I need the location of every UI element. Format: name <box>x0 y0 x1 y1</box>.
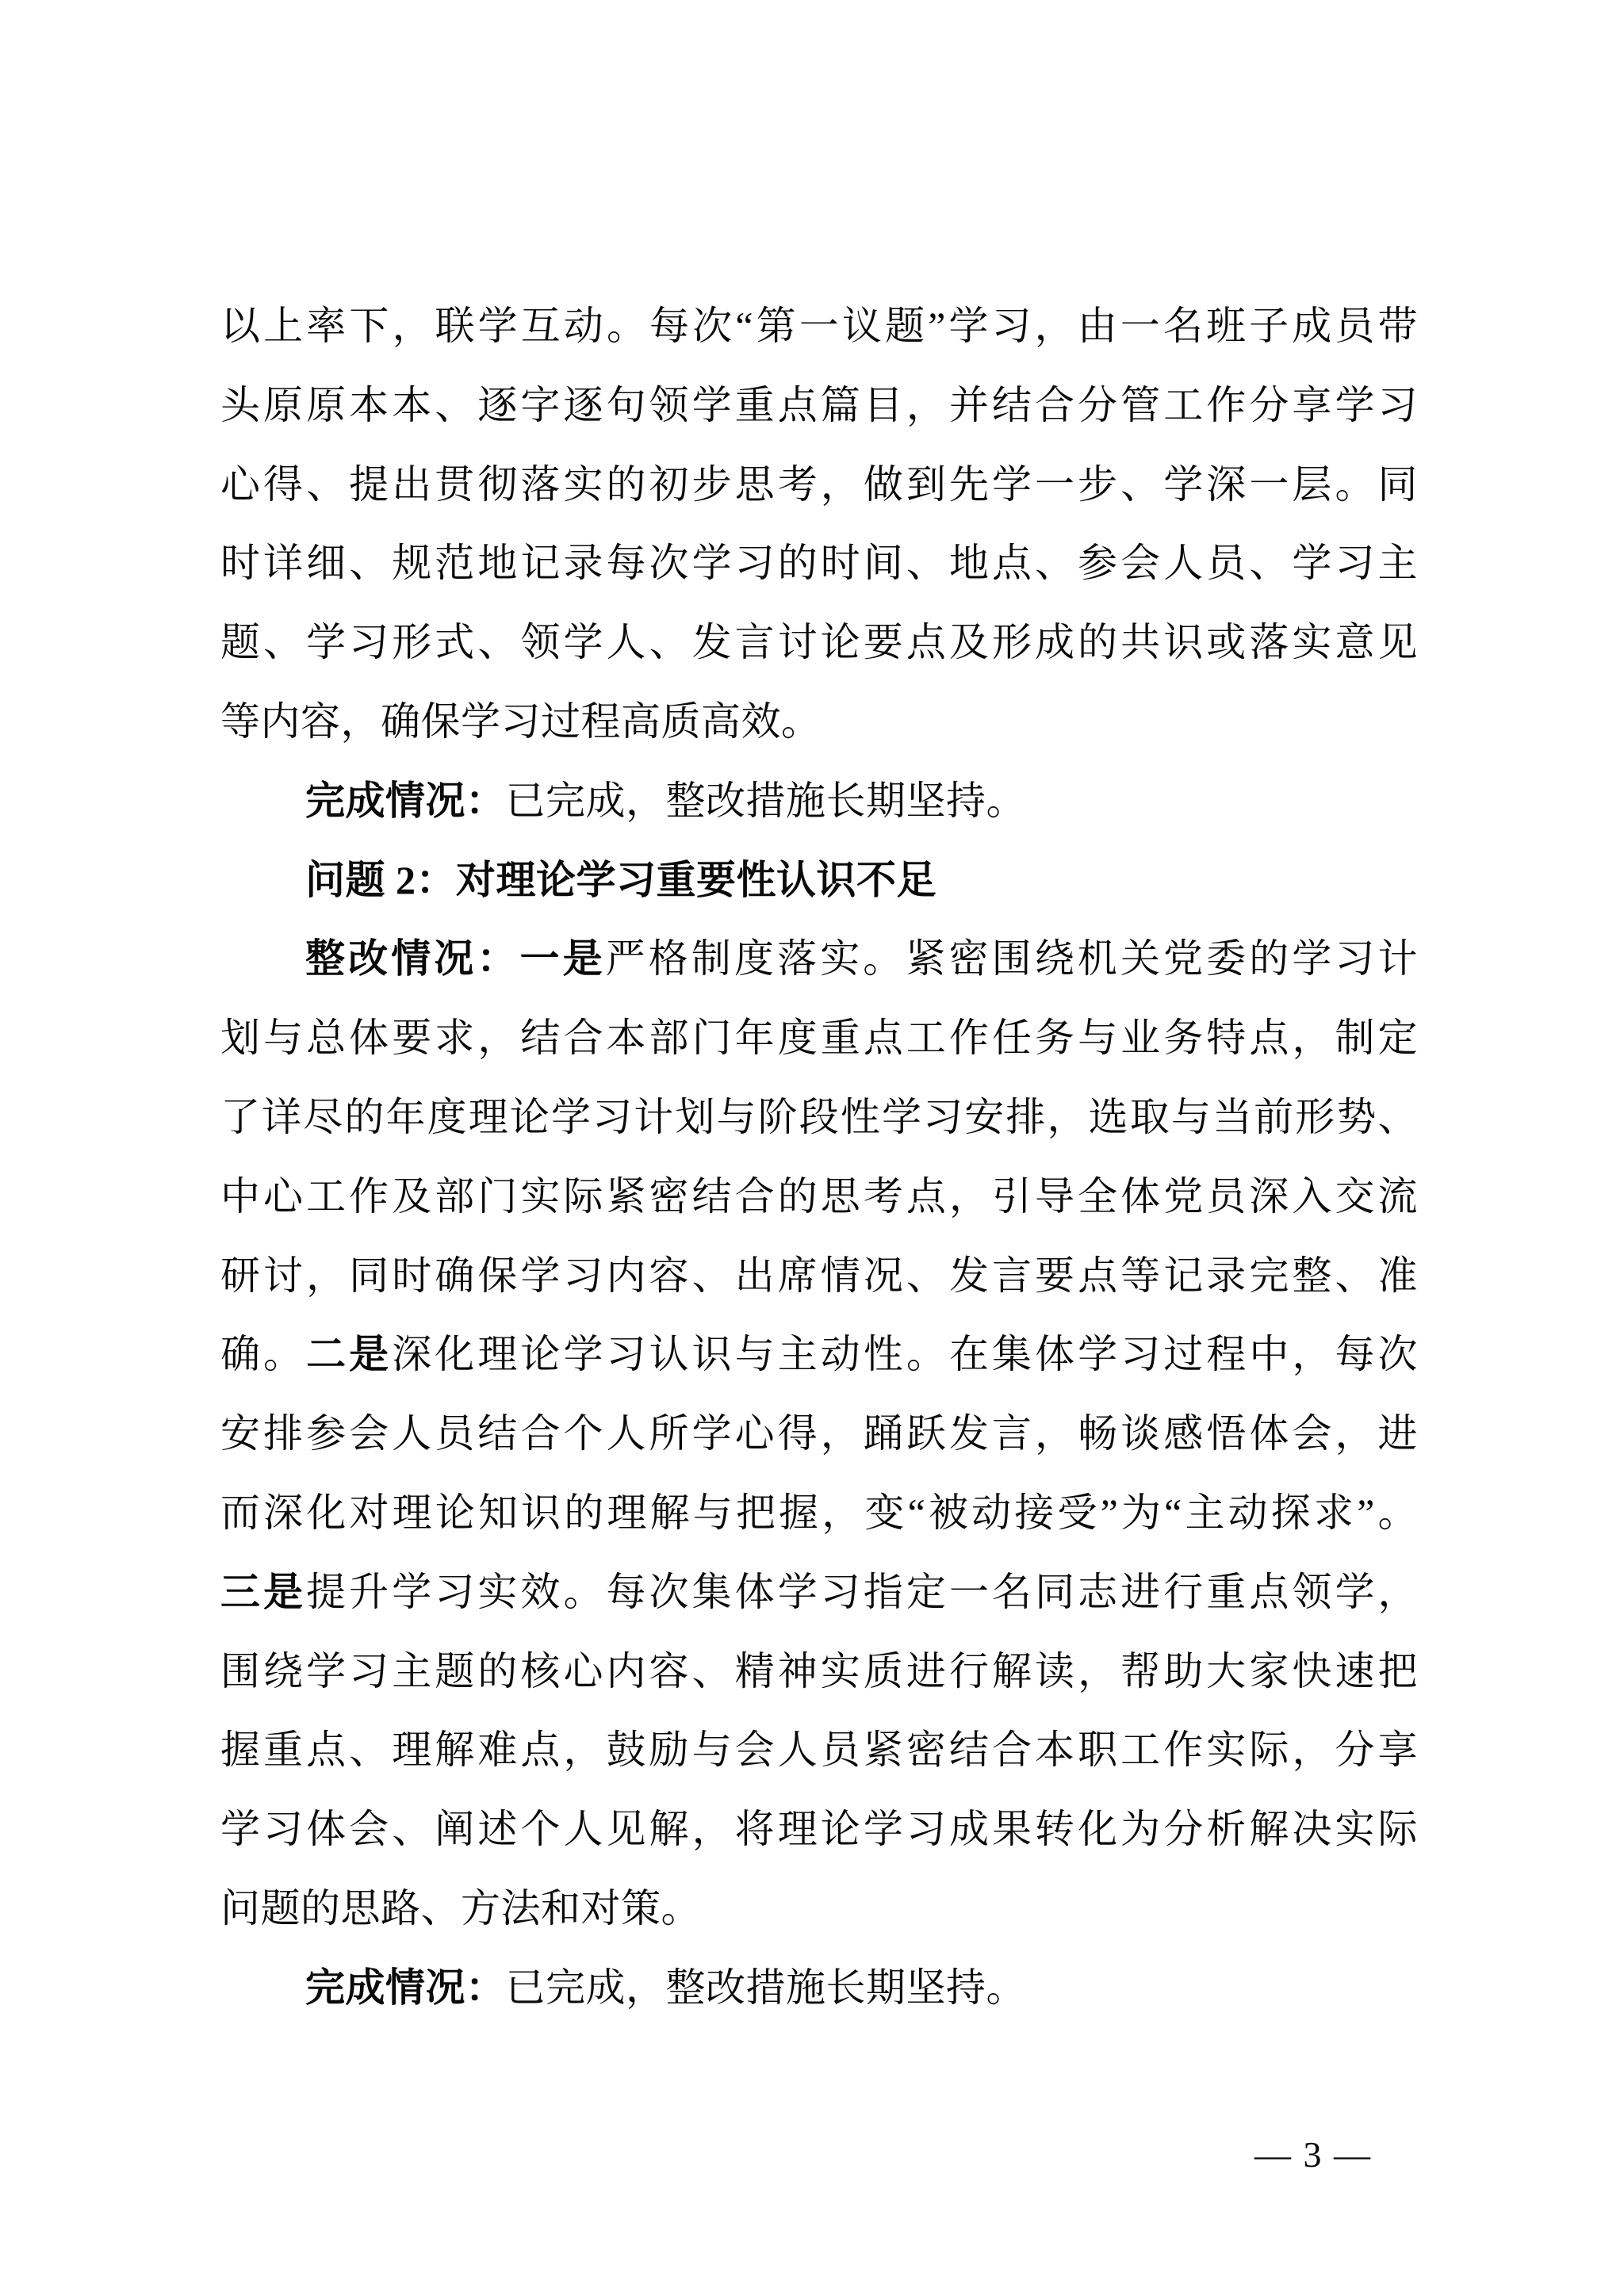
text-line: 整改情况：一是严格制度落实。紧密围绕机关党委的学习计 <box>220 920 1418 999</box>
text-segment: 深化理论学习认识与主动性。在集体学习过程中，每次 <box>392 1332 1418 1376</box>
text-line: 围绕学习主题的核心内容、精神实质进行解读，帮助大家快速把 <box>220 1632 1418 1712</box>
text-line: 划与总体要求，结合本部门年度重点工作任务与业务特点，制定 <box>220 999 1418 1078</box>
text-line: 中心工作及部门实际紧密结合的思考点，引导全体党员深入交流 <box>220 1158 1418 1237</box>
text-line: 问题 2：对理论学习重要性认识不足 <box>220 841 1418 920</box>
text-segment: 提升学习实效。每次集体学习指定一名同志进行重点领学， <box>306 1570 1418 1614</box>
text-segment: 划与总体要求，结合本部门年度重点工作任务与业务特点，制定 <box>220 1016 1418 1060</box>
text-segment: 时详细、规范地记录每次学习的时间、地点、参会人员、学习主 <box>220 541 1418 585</box>
text-segment: 握重点、理解难点，鼓励与会人员紧密结合本职工作实际，分享 <box>220 1728 1418 1772</box>
text-line: 心得、提出贯彻落实的初步思考，做到先学一步、学深一层。同 <box>220 446 1418 525</box>
text-line: 等内容，确保学习过程高质高效。 <box>220 683 1418 762</box>
text-line: 学习体会、阐述个人见解，将理论学习成果转化为分析解决实际 <box>220 1790 1418 1869</box>
bold-text-segment: 完成情况： <box>305 779 506 823</box>
bold-text-segment: 一是 <box>520 936 606 981</box>
text-line: 以上率下，联学互动。每次“第一议题”学习，由一名班子成员带 <box>220 287 1418 366</box>
text-line: 完成情况：已完成，整改措施长期坚持。 <box>220 762 1418 841</box>
text-line: 而深化对理论知识的理解与把握，变“被动接受”为“主动探求”。 <box>220 1474 1418 1553</box>
text-line: 问题的思路、方法和对策。 <box>220 1869 1418 1949</box>
text-line: 研讨，同时确保学习内容、出席情况、发言要点等记录完整、准 <box>220 1237 1418 1316</box>
text-segment: 题、学习形式、领学人、发言讨论要点及形成的共识或落实意见 <box>220 620 1418 664</box>
text-segment: 确。 <box>220 1332 306 1376</box>
bold-text-segment: 完成情况： <box>305 1965 506 2010</box>
document-page: 以上率下，联学互动。每次“第一议题”学习，由一名班子成员带头原原本本、逐字逐句领… <box>0 0 1624 2296</box>
text-segment: 问题的思路、方法和对策。 <box>220 1886 701 1931</box>
document-body: 以上率下，联学互动。每次“第一议题”学习，由一名班子成员带头原原本本、逐字逐句领… <box>220 287 1418 2028</box>
text-line: 握重点、理解难点，鼓励与会人员紧密结合本职工作实际，分享 <box>220 1711 1418 1790</box>
text-segment: 学习体会、阐述个人见解，将理论学习成果转化为分析解决实际 <box>220 1807 1418 1851</box>
text-segment: 了详尽的年度理论学习计划与阶段性学习安排，选取与当前形势、 <box>220 1095 1418 1139</box>
text-segment: 围绕学习主题的核心内容、精神实质进行解读，帮助大家快速把 <box>220 1649 1418 1693</box>
text-segment: 研讨，同时确保学习内容、出席情况、发言要点等记录完整、准 <box>220 1253 1418 1298</box>
text-segment: 以上率下，联学互动。每次“第一议题”学习，由一名班子成员带 <box>220 304 1418 348</box>
text-segment: 已完成，整改措施长期坚持。 <box>506 1965 1027 2010</box>
bold-text-segment: 二是 <box>306 1332 392 1376</box>
text-line: 了详尽的年度理论学习计划与阶段性学习安排，选取与当前形势、 <box>220 1078 1418 1158</box>
text-segment: 头原原本本、逐字逐句领学重点篇目，并结合分管工作分享学习 <box>220 383 1418 427</box>
text-line: 时详细、规范地记录每次学习的时间、地点、参会人员、学习主 <box>220 524 1418 603</box>
text-segment: 心得、提出贯彻落实的初步思考，做到先学一步、学深一层。同 <box>220 462 1418 507</box>
text-line: 完成情况：已完成，整改措施长期坚持。 <box>220 1949 1418 2028</box>
text-segment: 安排参会人员结合个人所学心得，踊跃发言，畅谈感悟体会，进 <box>220 1411 1418 1456</box>
text-segment: 而深化对理论知识的理解与把握，变“被动接受”为“主动探求”。 <box>220 1490 1418 1535</box>
text-line: 三是提升学习实效。每次集体学习指定一名同志进行重点领学， <box>220 1553 1418 1632</box>
bold-text-segment: 三是 <box>220 1570 306 1614</box>
page-number: — 3 — <box>1254 2131 1372 2179</box>
text-segment: 中心工作及部门实际紧密结合的思考点，引导全体党员深入交流 <box>220 1174 1418 1219</box>
text-segment: 已完成，整改措施长期坚持。 <box>506 779 1027 823</box>
text-line: 题、学习形式、领学人、发言讨论要点及形成的共识或落实意见 <box>220 603 1418 683</box>
text-segment: 等内容，确保学习过程高质高效。 <box>220 699 822 744</box>
text-line: 头原原本本、逐字逐句领学重点篇目，并结合分管工作分享学习 <box>220 366 1418 446</box>
text-line: 安排参会人员结合个人所学心得，踊跃发言，畅谈感悟体会，进 <box>220 1395 1418 1474</box>
text-segment: 严格制度落实。紧密围绕机关党委的学习计 <box>606 936 1418 981</box>
bold-text-segment: 问题 2：对理论学习重要性认识不足 <box>305 858 936 902</box>
bold-text-segment: 整改情况： <box>305 936 520 981</box>
text-line: 确。二是深化理论学习认识与主动性。在集体学习过程中，每次 <box>220 1315 1418 1395</box>
